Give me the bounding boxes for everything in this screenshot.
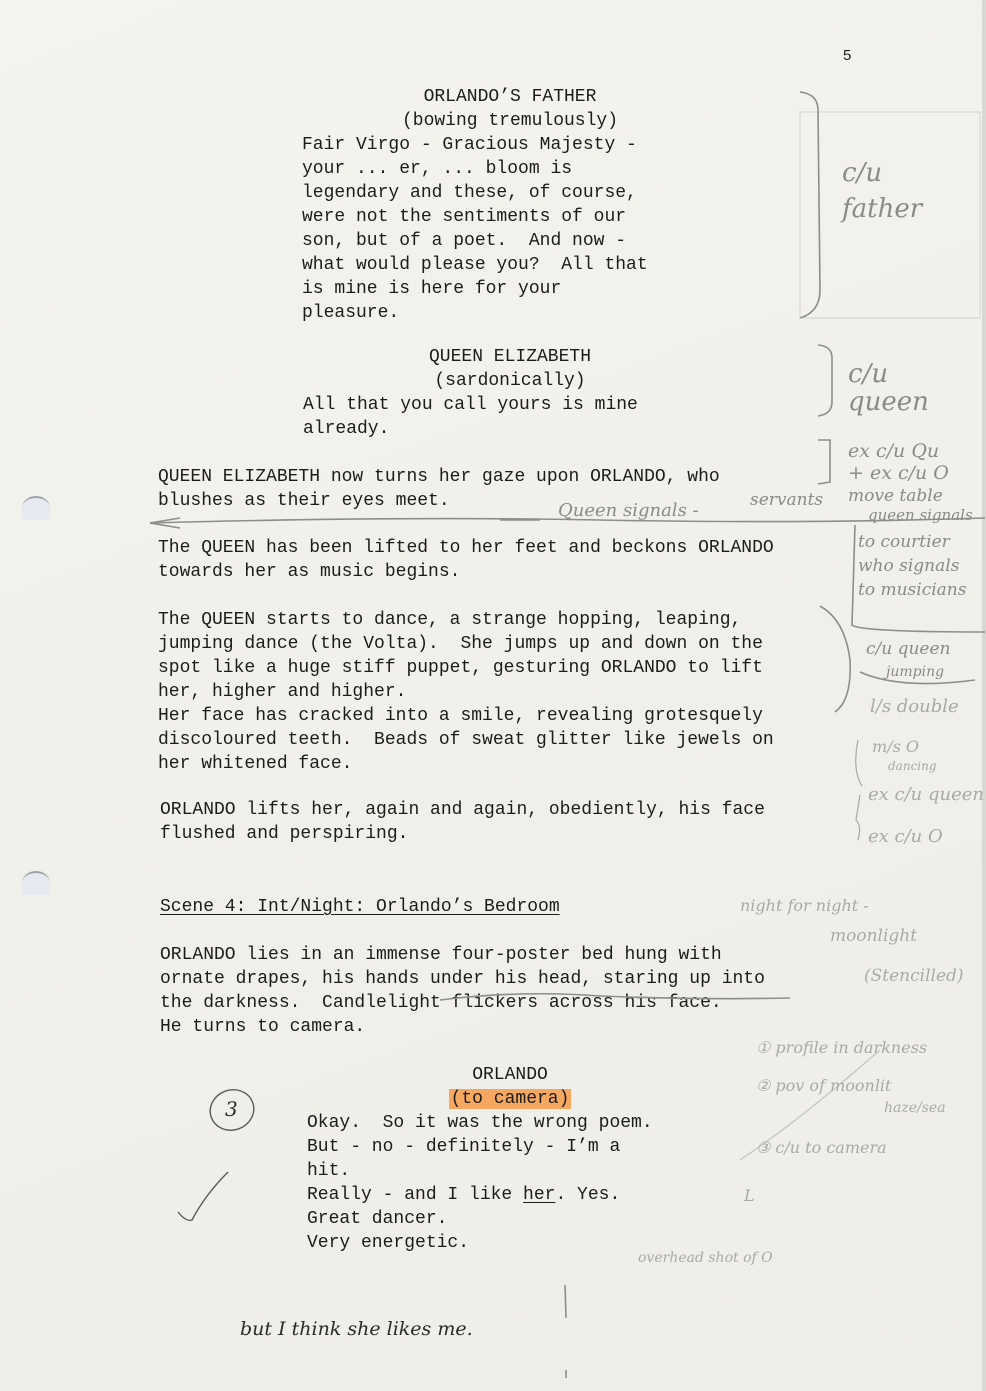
note-line: ex c/u Qu — [848, 440, 939, 462]
annotation-queen-signals-mid: Queen signals - — [558, 500, 699, 521]
annotation-stencilled: (Stencilled) — [864, 966, 964, 986]
annotation-servants: servants — [750, 490, 823, 510]
note-line: to courtier — [858, 532, 950, 552]
annotation-moonlight: moonlight — [830, 926, 917, 946]
annotation-ex-cu-queen: ex c/u queen — [868, 784, 984, 805]
annotation-move-table: move table — [848, 486, 943, 506]
annotation-shot-3: ③ c/u to camera — [756, 1138, 887, 1157]
annotation-shot-l: L — [744, 1186, 755, 1205]
ink-handwritten-note: but I think she likes me. — [240, 1318, 473, 1340]
note-line: father — [842, 194, 922, 224]
annotation-queen-signals: queen signals — [868, 506, 973, 524]
annotation-overhead: overhead shot of O — [638, 1250, 773, 1266]
annotation-night-for-night: night for night - — [740, 896, 869, 915]
annotation-ms-o-dancing: m/s Odancing — [872, 738, 937, 775]
annotation-cu-queen: c/uqueen — [848, 360, 929, 416]
annotation-shot-2: ② pov of moonlit — [756, 1076, 891, 1095]
note-line: jumping — [886, 664, 944, 680]
annotation-shot-1: ① profile in darkness — [756, 1038, 927, 1057]
note-line: who signals — [858, 556, 959, 576]
annotation-shot-2b: haze/sea — [884, 1100, 946, 1116]
note-line: c/u — [842, 158, 882, 188]
note-line: dancing — [888, 759, 937, 773]
note-line: c/u — [848, 359, 888, 389]
note-line: to musicians — [858, 580, 966, 600]
annotation-ex-cu-o: ex c/u O — [868, 826, 943, 847]
circled-number: 3 — [225, 1097, 238, 1121]
annotation-cu-queen-jumping: c/u queenjumping — [866, 638, 951, 683]
annotation-cu-father: c/ufather — [842, 155, 922, 227]
annotation-ex-cu: ex c/u Qu+ ex c/u O — [848, 440, 949, 484]
annotation-ls-double: l/s double — [870, 696, 959, 717]
annotation-to-courtier: to courtierwho signalsto musicians — [858, 530, 966, 602]
note-line: m/s O — [872, 737, 919, 756]
pencil-marks — [0, 0, 986, 1391]
note-line: + ex c/u O — [848, 462, 949, 484]
note-line: queen — [848, 387, 929, 417]
note-line: c/u queen — [866, 639, 951, 659]
